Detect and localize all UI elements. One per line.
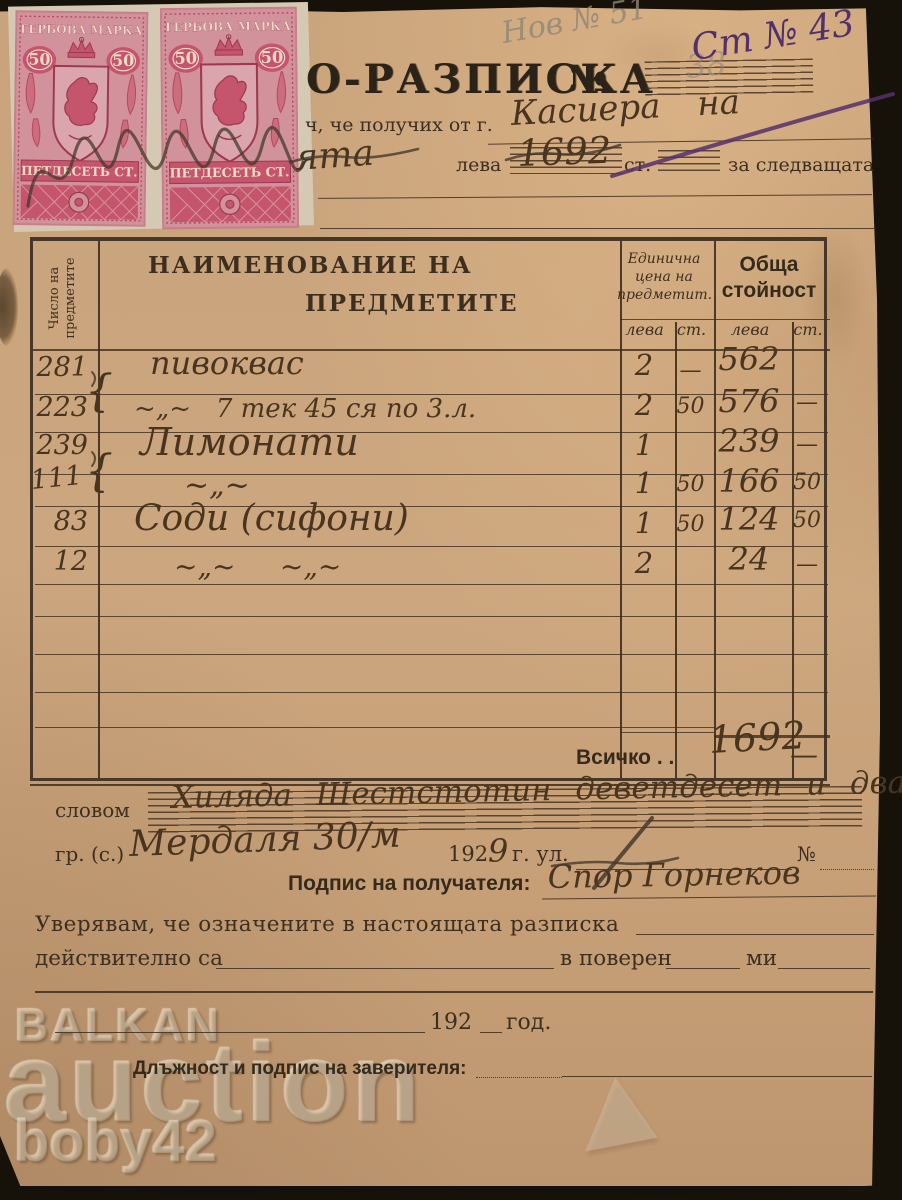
date-line-pre bbox=[55, 1032, 425, 1033]
row-unit-leva: 1 bbox=[618, 428, 670, 462]
assurance-line2-rule2 bbox=[666, 968, 740, 969]
verifier-line bbox=[562, 1076, 872, 1077]
row-total-st: — bbox=[789, 432, 825, 457]
row-qty: 239 bbox=[28, 430, 88, 461]
stamp-coat-of-arms-icon bbox=[201, 64, 258, 162]
row-unit-st: 50 bbox=[672, 394, 709, 419]
assurance-line2a: действително са bbox=[35, 946, 223, 971]
row-line bbox=[35, 654, 828, 655]
stamp-bottom-label: ПЕТДЕСЕТЬ СТ. bbox=[170, 164, 290, 180]
row-unit-st: 50 bbox=[672, 512, 709, 537]
stamp-value-right: 50 bbox=[112, 51, 134, 70]
total-header: Обща стойност bbox=[711, 252, 827, 304]
revenue-stamp-1: ГЕРБОВА МАРКА 50 50 ПЕТДЕСЕТЬ СТ. bbox=[12, 8, 148, 229]
row-unit-leva: 2 bbox=[618, 546, 670, 580]
total-label: Всичко . . bbox=[576, 746, 674, 770]
stotinki-lines bbox=[658, 150, 720, 173]
qty-column-header-l1: Число на bbox=[47, 243, 63, 353]
sub-st-2: ст. bbox=[789, 320, 827, 339]
stamp-value-left: 50 bbox=[28, 50, 50, 69]
qty-column-header-l2: предметите bbox=[63, 243, 79, 353]
row-qty: 223 bbox=[28, 392, 88, 423]
row-item-name: Соди (сифони) bbox=[134, 498, 409, 539]
row-unit-st: 50 bbox=[672, 472, 709, 497]
stamp-ornament-panel bbox=[20, 185, 138, 220]
row-item-name: Лимонати bbox=[140, 420, 359, 464]
row-unit-leva: 1 bbox=[618, 466, 670, 500]
scanned-receipt-photo: ГЕРБОВА МАРКА 50 50 ПЕТДЕСЕТЬ СТ. bbox=[0, 0, 902, 1200]
unit-price-header-l3: предметит. bbox=[617, 287, 712, 303]
watermark-boby42: boby42 bbox=[14, 1108, 217, 1175]
row-brace: { bbox=[85, 446, 113, 497]
row-total-st: 50 bbox=[789, 470, 825, 495]
stotinki-label: ст. bbox=[624, 154, 651, 176]
row-qty: 281 bbox=[28, 352, 88, 383]
unit-price-header: Единична цена на предметит. bbox=[617, 250, 711, 304]
assurance-line2c: ми bbox=[746, 946, 777, 971]
row-total-st: — bbox=[789, 552, 825, 577]
blank-line-2 bbox=[320, 228, 876, 229]
payer-written-fragment: ята bbox=[293, 133, 375, 179]
row-total-leva: 239 bbox=[711, 422, 787, 460]
row-line bbox=[35, 692, 828, 693]
stamp-top-label: ГЕРБОВА МАРКА bbox=[20, 22, 143, 38]
unit-price-header-l2: цена на bbox=[635, 269, 693, 285]
recipient-signature-label: Подпис на получателя: bbox=[288, 872, 530, 896]
assurance-line1: Уверявам, че означените в настоящата раз… bbox=[35, 912, 619, 937]
row-total-leva: 166 bbox=[711, 462, 787, 500]
verifier-dotted-line bbox=[476, 1077, 562, 1078]
row-qty: 83 bbox=[28, 506, 88, 537]
year-printed: 192 bbox=[448, 842, 488, 866]
row-brace: { bbox=[85, 366, 113, 417]
row-unit-leva: 1 bbox=[618, 506, 670, 540]
row-unit-st: — bbox=[672, 358, 709, 383]
row-line bbox=[35, 584, 828, 585]
row-line bbox=[35, 727, 714, 728]
row-unit-leva: 2 bbox=[618, 348, 670, 382]
in-words-label: словом bbox=[55, 798, 130, 822]
row-total-st: 50 bbox=[789, 508, 825, 533]
stamp-bottom-label: ПЕТДЕСЕТЬ СТ. bbox=[21, 163, 138, 180]
row-qty: 12 bbox=[28, 546, 88, 577]
sub-leva-2: лева bbox=[711, 320, 789, 339]
total-header-l2: стойност bbox=[722, 279, 817, 302]
leva-label: лева bbox=[456, 154, 501, 176]
row-total-leva: 124 bbox=[711, 500, 787, 538]
row-total-leva: 24 bbox=[711, 540, 787, 578]
amount-written: 1692 bbox=[516, 129, 612, 175]
assurance-line2-rule3 bbox=[778, 968, 870, 969]
row-qty: 111 bbox=[21, 460, 84, 497]
row-unit-leva: 2 bbox=[618, 388, 670, 422]
qty-column-header: Число на предметите bbox=[47, 243, 79, 353]
row-line bbox=[35, 616, 828, 617]
sub-leva-1: лева bbox=[617, 320, 672, 339]
name-column-header-l2: ПРЕДМЕТИТЕ bbox=[305, 290, 518, 317]
row-total-st: — bbox=[789, 390, 825, 415]
stamp-top-label: ГЕРБОВА МАРКА bbox=[165, 19, 291, 34]
name-column-header-l1: НАИМЕНОВАНИЕ НА bbox=[148, 252, 473, 279]
recipient-signature-written: Спор Горнеков bbox=[547, 854, 801, 896]
stamp-value-right: 50 bbox=[261, 48, 284, 67]
stamp-ornament-panel bbox=[170, 186, 291, 222]
row-total-leva: 562 bbox=[711, 340, 787, 378]
assurance-line1-rule bbox=[636, 934, 874, 935]
row-line bbox=[35, 474, 828, 475]
verifier-label: Длъжност и подпис на заверителя: bbox=[133, 1058, 466, 1080]
sub-st-1: ст. bbox=[672, 320, 711, 339]
received-from-label: ч, че получих от г. bbox=[305, 114, 493, 136]
year-written: 9 bbox=[488, 832, 508, 870]
assurance-line2-rule1 bbox=[216, 968, 554, 969]
row-line bbox=[35, 546, 828, 547]
row-item-name: пивоквас bbox=[150, 344, 304, 382]
assurance-line2b: в поверен bbox=[560, 946, 672, 971]
revenue-stamp-2: ГЕРБОВА МАРКА 50 50 ПЕТДЕСЕТЬ СТ. bbox=[160, 5, 299, 230]
total-cell-line bbox=[620, 732, 714, 733]
separator-line bbox=[35, 991, 873, 993]
row-total-leva: 576 bbox=[711, 382, 787, 420]
row-item-name: ~„~ ~„~ bbox=[174, 550, 341, 583]
date-suffix: год. bbox=[506, 1010, 551, 1035]
for-following-label: за следващата bbox=[728, 154, 874, 176]
date-year: 192 bbox=[430, 1010, 472, 1035]
table-divider bbox=[98, 241, 100, 778]
unit-price-header-l1: Единична bbox=[628, 251, 701, 267]
city-label: гр. (с.) bbox=[55, 842, 124, 866]
date-line-mid bbox=[480, 1032, 502, 1033]
table-subdivider bbox=[675, 322, 677, 778]
total-header-l1: Обща bbox=[740, 253, 799, 276]
stamp-value-left: 50 bbox=[174, 49, 197, 68]
street-no-line bbox=[820, 869, 874, 870]
